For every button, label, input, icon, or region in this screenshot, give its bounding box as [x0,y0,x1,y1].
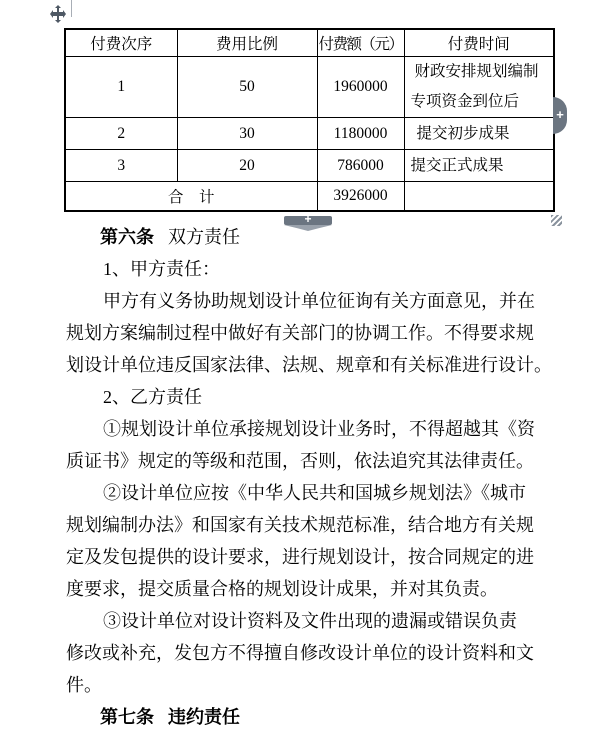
cell-amount[interactable]: 786000 [317,150,404,182]
cell-time[interactable]: 财政安排规划编制专项资金到位后 [404,57,554,118]
table-move-handle-icon[interactable] [49,5,67,23]
cell-time[interactable]: 提交初步成果 [404,118,554,150]
article-6-heading[interactable]: 第六条双方责任 [66,221,552,253]
text-line[interactable]: ②设计单位应按《中华人民共和国城乡规划法》《城市 [66,477,552,509]
article-7-number: 第七条 [100,707,154,727]
header-cell-order[interactable]: 付费次序 [65,29,177,57]
text-line[interactable]: 划设计单位违反国家法律、法规、规章和有关标准进行设计。 [66,349,552,381]
text-line[interactable]: ③设计单位对设计资料及文件出现的遗漏或错误负责 [66,605,552,637]
cell-total-amount[interactable]: 3926000 [317,182,404,212]
document-page: 付费次序 费用比例 付费额（元） 付费时间 1 50 1960000 财政安排规… [0,0,595,738]
article-6-title: 双方责任 [168,227,240,247]
text-line[interactable]: 件。 [66,669,552,701]
cell-time[interactable]: 提交正式成果 [404,150,554,182]
table-row: 3 20 786000 提交正式成果 [65,150,554,182]
text-line[interactable]: 修改或补充，发包方不得擅自修改设计单位的设计资料和文 [66,637,552,669]
cell-ratio[interactable]: 30 [177,118,317,150]
cell-total-time[interactable] [404,182,554,212]
cell-total-label[interactable]: 合 计 [65,182,317,212]
payment-table: 付费次序 费用比例 付费额（元） 付费时间 1 50 1960000 财政安排规… [64,28,555,212]
cell-order[interactable]: 1 [65,57,177,118]
text-line[interactable]: 定及发包提供的设计要求，进行规划设计，按合同规定的进 [66,541,552,573]
text-line[interactable]: ①规划设计单位承接规划设计业务时，不得超越其《资 [66,413,552,445]
text-line[interactable]: 度要求，提交质量合格的规划设计成果，并对其负责。 [66,573,552,605]
article-6-number: 第六条 [100,227,154,247]
text-line[interactable]: 甲方有义务协助规划设计单位征询有关方面意见，并在 [66,285,552,317]
move-arrows-icon [49,5,67,23]
text-line[interactable]: 规划编制办法》和国家有关技术规范标准，结合地方有关规 [66,509,552,541]
table-resize-handle[interactable] [551,215,562,226]
article-7-heading[interactable]: 第七条违约责任 [66,701,552,733]
text-line[interactable]: 1、甲方责任： [66,253,552,285]
cell-amount[interactable]: 1960000 [317,57,404,118]
table-header-row: 付费次序 费用比例 付费额（元） 付费时间 [65,29,554,57]
cell-ratio[interactable]: 50 [177,57,317,118]
cell-order[interactable]: 3 [65,150,177,182]
table-total-row: 合 计 3926000 [65,182,554,212]
text-line[interactable]: 2、乙方责任 [66,381,552,413]
table-row: 2 30 1180000 提交初步成果 [65,118,554,150]
text-line[interactable]: 规划方案编制过程中做好有关部门的协调工作。不得要求规 [66,317,552,349]
cell-ratio[interactable]: 20 [177,150,317,182]
table-row: 1 50 1960000 财政安排规划编制专项资金到位后 [65,57,554,118]
insert-column-handle[interactable]: + [553,97,567,134]
cell-amount[interactable]: 1180000 [317,118,404,150]
margin-tick [71,0,72,17]
document-body: 第六条双方责任 1、甲方责任： 甲方有义务协助规划设计单位征询有关方面意见，并在… [66,221,552,733]
text-line[interactable]: 质证书》规定的等级和范围，否则，依法追究其法律责任。 [66,445,552,477]
header-cell-time[interactable]: 付费时间 [404,29,554,57]
cell-order[interactable]: 2 [65,118,177,150]
plus-icon: + [556,107,564,122]
article-7-title: 违约责任 [168,707,240,727]
header-cell-ratio[interactable]: 费用比例 [177,29,317,57]
header-cell-amount[interactable]: 付费额（元） [317,29,404,57]
